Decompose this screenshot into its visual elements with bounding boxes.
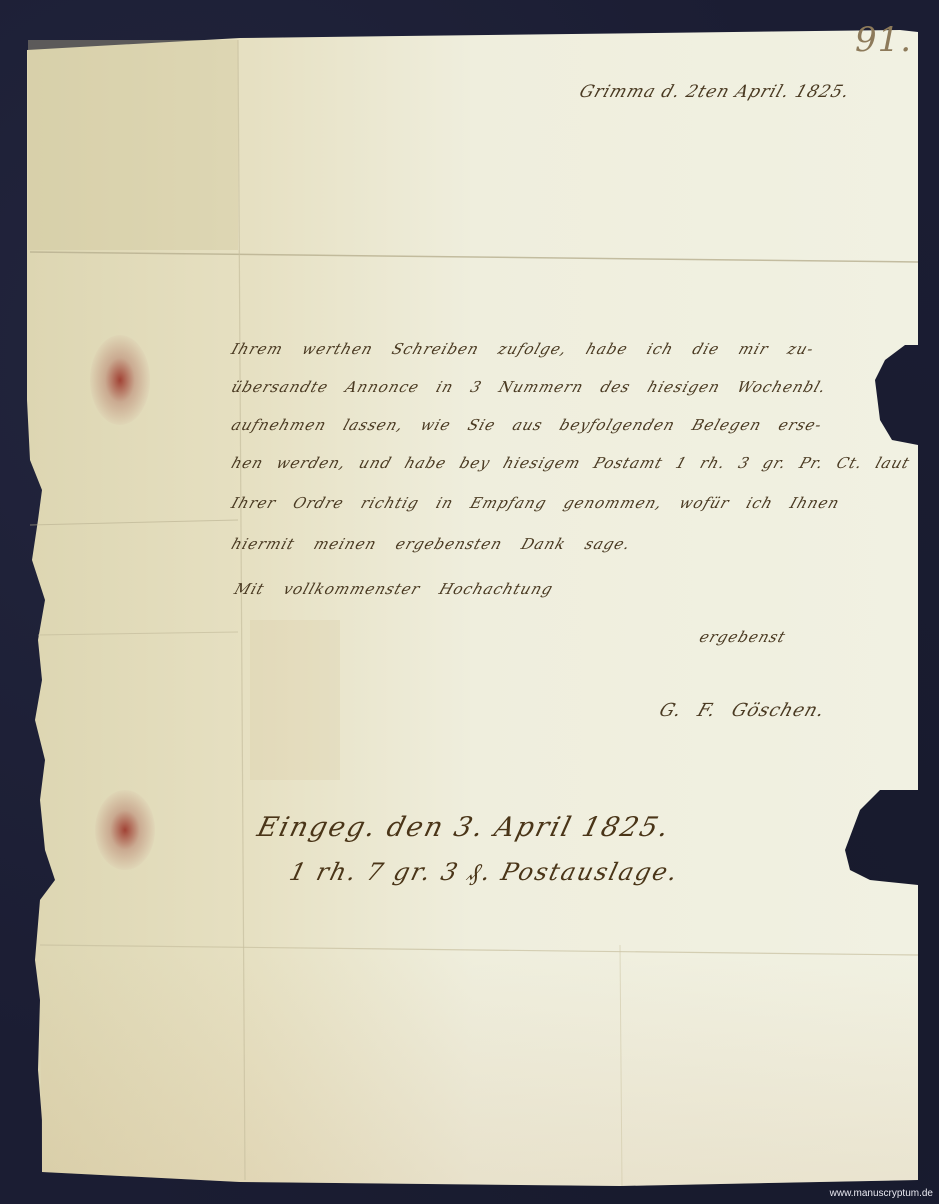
body-line-3: aufnehmen lassen, wie Sie aus beyfolgend… — [229, 416, 825, 434]
watermark: www.manuscryptum.de — [830, 1188, 933, 1199]
closing-line: Mit vollkommenster Hochachtung — [232, 580, 556, 598]
body-line-1: Ihrem werthen Schreiben zufolge, habe ic… — [229, 340, 817, 358]
folio-number: 91. — [855, 20, 912, 60]
signature: G. F. Göschen. — [657, 700, 828, 721]
body-line-2: übersandte Annonce in 3 Nummern des hies… — [229, 378, 829, 396]
wax-seal-remnant-bottom — [95, 790, 155, 870]
letter-sheet: 91. Grimma d. 2ten April. 1825. Ihrem we… — [0, 0, 939, 1204]
paper-shape — [0, 0, 939, 1204]
body-line-6: hiermit meinen ergebensten Dank sage. — [229, 535, 633, 553]
valediction: ergebenst — [697, 628, 788, 646]
body-line-5: Ihrer Ordre richtig in Empfang genommen,… — [229, 494, 842, 512]
body-line-4: hen werden, und habe bey hiesigem Postam… — [229, 454, 912, 472]
dateline: Grimma d. 2ten April. 1825. — [577, 82, 853, 102]
receipt-note-line-2: 1 rh. 7 gr. 3 ₰. Postauslage. — [286, 858, 682, 887]
wax-seal-remnant-top — [90, 335, 150, 425]
receipt-note-line-1: Eingeg. den 3. April 1825. — [254, 812, 674, 843]
